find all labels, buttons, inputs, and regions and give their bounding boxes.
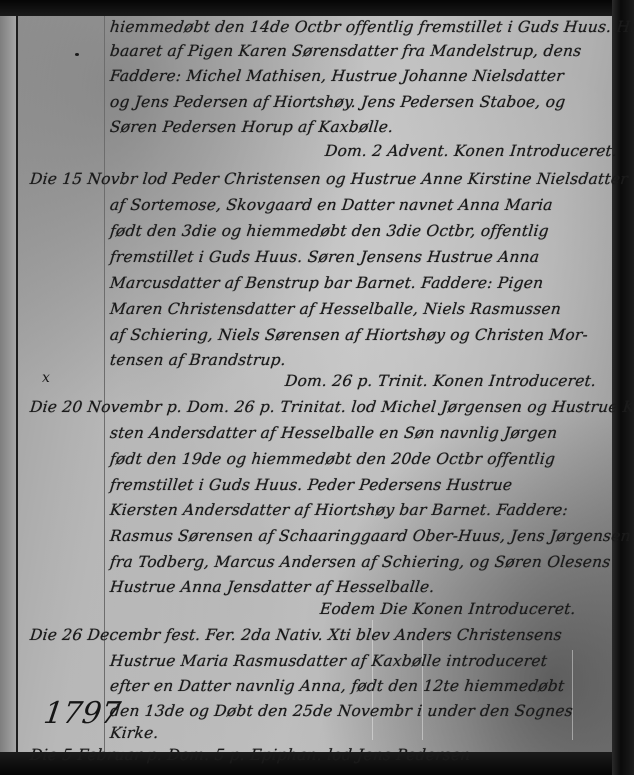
year-marker: 1797 [42,696,123,731]
manuscript-line: Marcusdatter af Benstrup bar Barnet. Fad… [109,274,544,292]
manuscript-line: Die 15 Novbr lod Peder Christensen og Hu… [29,170,629,188]
manuscript-line: fremstillet i Guds Huus. Søren Jensens H… [109,248,540,266]
manuscript-line: Maren Christensdatter af Hesselballe, Ni… [109,300,562,318]
manuscript-line: Die 20 Novembr p. Dom. 26 p. Trinitat. l… [29,398,634,416]
manuscript-line: Dom. 2 Advent. Konen Introduceret. [324,142,618,160]
manuscript-line: tensen af Brandstrup. [109,351,287,369]
manuscript-line: baaret af Pigen Karen Sørensdatter fra M… [109,42,582,60]
manuscript-line: Hustrue Anna Jensdatter af Hesselballe. [109,578,435,596]
manuscript-line: født den 19de og hiemmedøbt den 20de Oct… [109,450,556,468]
manuscript-line: hiemmedøbt den 14de Octbr offentlig frem… [109,18,634,36]
scan-border-top [0,0,634,16]
manuscript-line: Hustrue Maria Rasmusdatter af Kaxbølle i… [109,652,548,670]
manuscript-line: efter en Datter navnlig Anna, født den 1… [109,677,565,695]
manuscript-line: født den 3die og hiemmedøbt den 3die Oct… [109,222,550,240]
manuscript-line: Faddere: Michel Mathisen, Hustrue Johann… [109,67,565,85]
manuscript-line: fremstillet i Guds Huus. Peder Pedersens… [109,476,513,494]
margin-mark: x [42,370,50,386]
manuscript-line: Die 5 Februar p. Dom. 5 p. Epiphan. lod … [29,746,471,764]
binding-rule [16,14,18,752]
manuscript-line: den 13de og Døbt den 25de Novembr i unde… [109,702,574,720]
manuscript-line: Søren Pedersen Horup af Kaxbølle. [109,118,394,136]
manuscript-line: Die 26 Decembr fest. Fer. 2da Nativ. Xti… [29,626,563,644]
manuscript-line: Eodem Die Konen Introduceret. [319,600,577,618]
scan-border-right [612,0,634,775]
manuscript-line: af Sortemose, Skovgaard en Datter navnet… [109,196,554,214]
manuscript-line: fra Todberg, Marcus Andersen af Schierin… [109,553,611,571]
ink-spot [75,53,79,56]
manuscript-line: Rasmus Sørensen af Schaaringgaard Ober-H… [109,527,632,545]
manuscript-line: sten Andersdatter af Hesselballe en Søn … [109,424,558,442]
manuscript-line: og Jens Pedersen af Hiortshøy. Jens Pede… [109,93,566,111]
paper-crease [572,650,573,740]
manuscript-line: Dom. 26 p. Trinit. Konen Introduceret. [284,372,597,390]
manuscript-line: af Schiering, Niels Sørensen af Hiortshø… [109,326,589,344]
manuscript-line: Kiersten Andersdatter af Hiortshøy bar B… [109,501,569,519]
page-edge-left [0,14,16,752]
